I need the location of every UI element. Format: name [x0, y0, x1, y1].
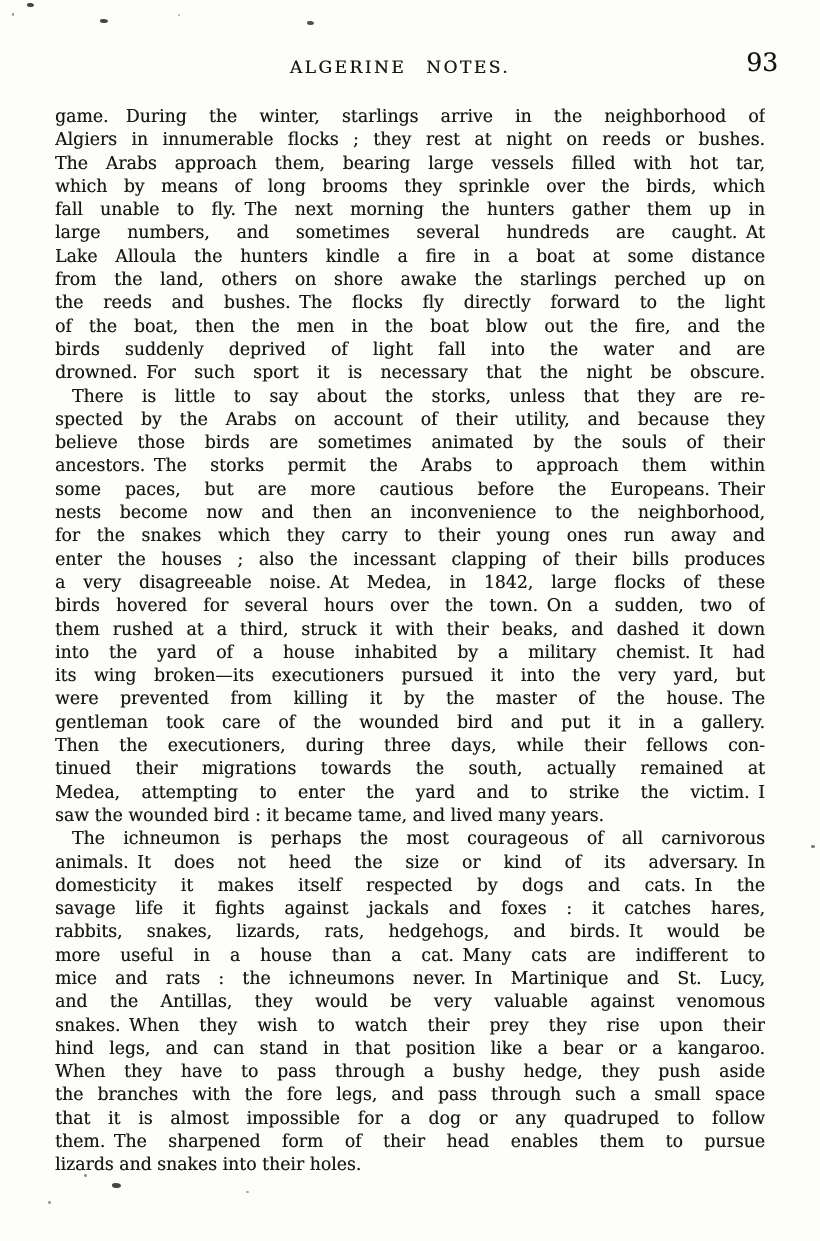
text-line: gentleman took care of the wounded bird …	[55, 712, 765, 735]
text-line: Lake Alloula the hunters kindle a fire i…	[55, 246, 765, 269]
text-line: mice and rats : the ichneumons never. In…	[55, 968, 765, 991]
text-line: nests become now and then an inconvenien…	[55, 502, 765, 525]
text-line: from the land, others on shore awake the…	[55, 269, 765, 292]
text-line: were prevented from killing it by the ma…	[55, 688, 765, 711]
text-line: Algiers in innumerable flocks ; they res…	[55, 129, 765, 152]
ink-speck	[307, 21, 314, 25]
text-line: drowned. For such sport it is necessary …	[55, 362, 765, 385]
text-line: a very disagreeable noise. At Medea, in …	[55, 572, 765, 595]
ink-speck	[112, 1183, 121, 1188]
ink-speck	[100, 19, 108, 23]
text-line: ancestors. The storks permit the Arabs t…	[55, 455, 765, 478]
text-line: The Arabs approach them, bearing large v…	[55, 153, 765, 176]
text-line: There is little to say about the storks,…	[55, 386, 765, 409]
text-line: its wing broken—its executioners pursued…	[55, 665, 765, 688]
text-line: Then the executioners, during three days…	[55, 735, 765, 758]
text-line: animals. It does not heed the size or ki…	[55, 852, 765, 875]
text-line: them rushed at a third, struck it with t…	[55, 619, 765, 642]
text-line: them. The sharpened form of their head e…	[55, 1131, 765, 1154]
text-line: which by means of long brooms they sprin…	[55, 176, 765, 199]
ink-speck	[811, 845, 815, 848]
text-line: large numbers, and sometimes several hun…	[55, 222, 765, 245]
ink-speck	[48, 1201, 51, 1204]
text-line: When they have to pass through a bushy h…	[55, 1061, 765, 1084]
text-line: believe those birds are sometimes animat…	[55, 432, 765, 455]
text-line: and the Antillas, they would be very val…	[55, 991, 765, 1014]
page-number: 93	[746, 48, 778, 77]
text-line: rabbits, snakes, lizards, rats, hedgehog…	[55, 921, 765, 944]
text-line: hind legs, and can stand in that positio…	[55, 1038, 765, 1061]
text-line: fall unable to fly. The next morning the…	[55, 199, 765, 222]
book-page: ALGERINE NOTES. 93 game. During the wint…	[0, 0, 820, 1241]
text-line: enter the houses ; also the incessant cl…	[55, 549, 765, 572]
text-line: for the snakes which they carry to their…	[55, 525, 765, 548]
text-line: of the boat, then the men in the boat bl…	[55, 316, 765, 339]
paragraph: The ichneumon is perhaps the most courag…	[55, 828, 765, 1177]
text-line: tinued their migrations towards the sout…	[55, 758, 765, 781]
text-line: game. During the winter, starlings arriv…	[55, 106, 765, 129]
paragraph: game. During the winter, starlings arriv…	[55, 106, 765, 386]
text-line: some paces, but are more cautious before…	[55, 479, 765, 502]
text-line: the reeds and bushes. The flocks fly dir…	[55, 292, 765, 315]
text-line: saw the wounded bird : it became tame, a…	[55, 805, 765, 828]
text-line: spected by the Arabs on account of their…	[55, 409, 765, 432]
ink-speck	[246, 1191, 249, 1193]
text-line: lizards and snakes into their holes.	[55, 1154, 765, 1177]
paragraph: There is little to say about the storks,…	[55, 386, 765, 829]
text-line: the branches with the fore legs, and pas…	[55, 1084, 765, 1107]
text-line: birds suddenly deprived of light fall in…	[55, 339, 765, 362]
ink-speck	[12, 13, 14, 16]
ink-speck	[27, 3, 34, 7]
text-line: The ichneumon is perhaps the most courag…	[55, 828, 765, 851]
ink-speck	[84, 1174, 87, 1177]
text-line: more useful in a house than a cat. Many …	[55, 945, 765, 968]
page-body: game. During the winter, starlings arriv…	[55, 106, 765, 1178]
ink-speck	[178, 14, 180, 16]
text-line: birds hovered for several hours over the…	[55, 595, 765, 618]
text-line: into the yard of a house inhabited by a …	[55, 642, 765, 665]
running-title: ALGERINE NOTES.	[55, 58, 745, 78]
text-line: snakes. When they wish to watch their pr…	[55, 1015, 765, 1038]
text-line: that it is almost impossible for a dog o…	[55, 1108, 765, 1131]
text-line: savage life it fights against jackals an…	[55, 898, 765, 921]
text-line: domesticity it makes itself respected by…	[55, 875, 765, 898]
text-line: Medea, attempting to enter the yard and …	[55, 782, 765, 805]
